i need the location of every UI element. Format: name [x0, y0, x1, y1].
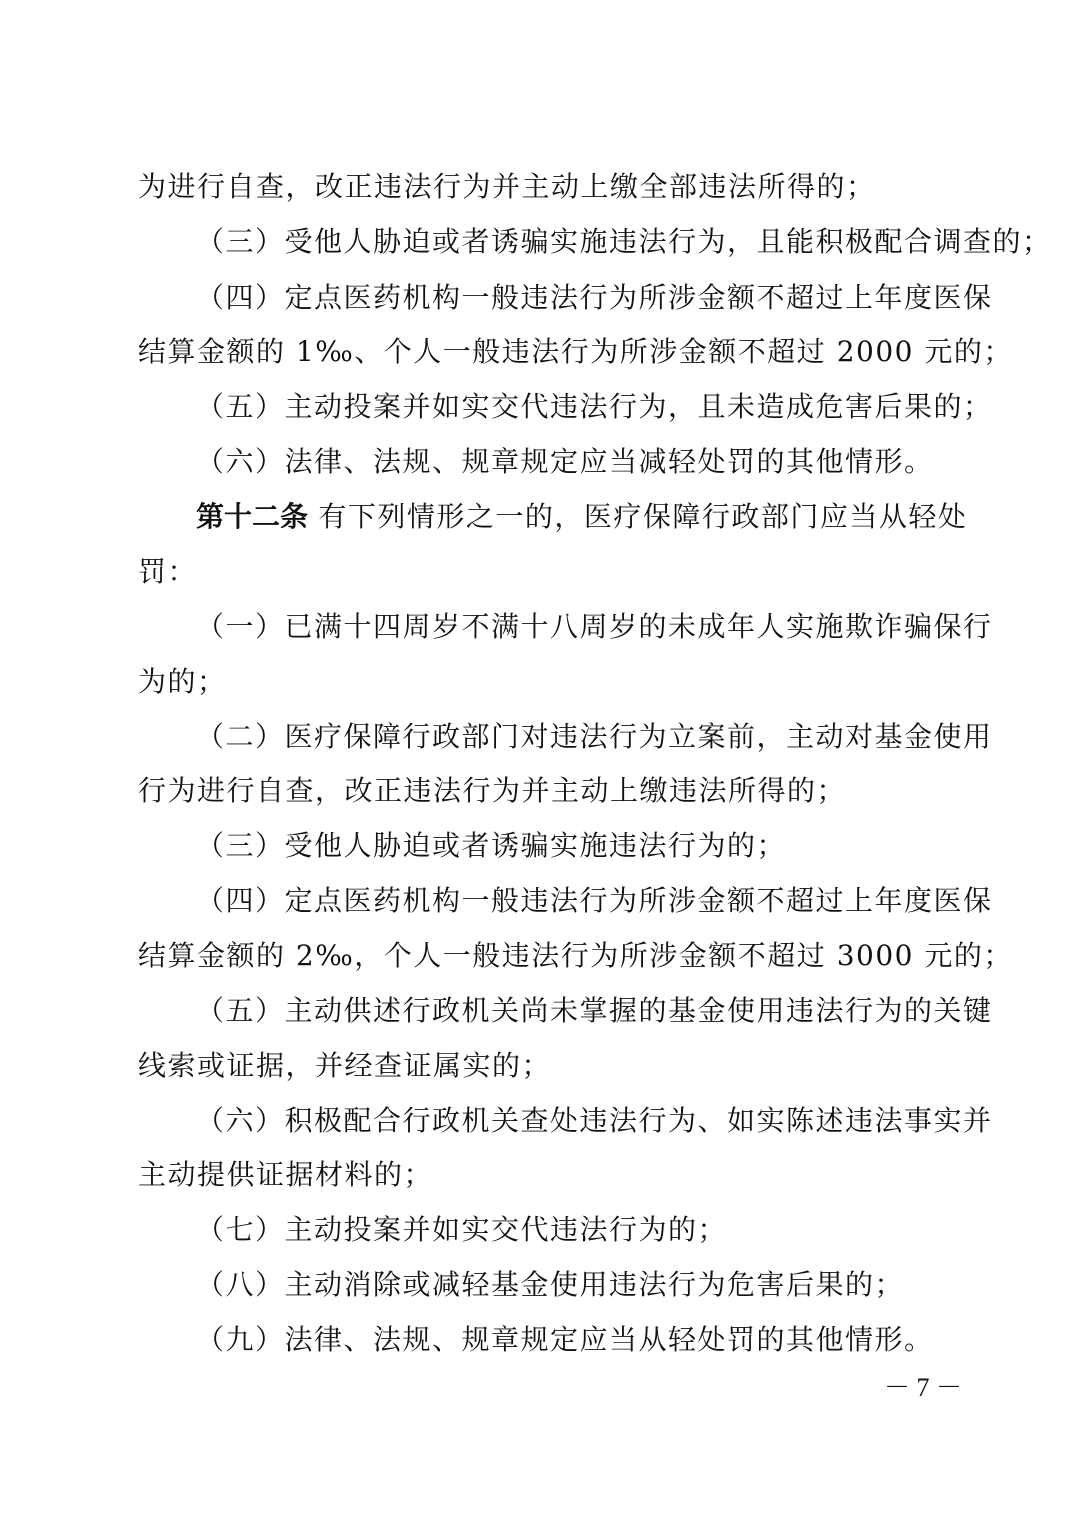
- text-line: 主动提供证据材料的；: [138, 1155, 950, 1195]
- document-page: 为进行自查，改正违法行为并主动上缴全部违法所得的； （三）受他人胁迫或者诱骗实施…: [0, 0, 1074, 1520]
- text-line: （三）受他人胁迫或者诱骗实施违法行为的；: [196, 826, 1008, 866]
- text-line: （六）积极配合行政机关查处违法行为、如实陈述违法事实并: [196, 1101, 1008, 1141]
- text-line: （五）主动投案并如实交代违法行为，且未造成危害后果的；: [196, 387, 1008, 427]
- text-line: （二）医疗保障行政部门对违法行为立案前，主动对基金使用: [196, 717, 1008, 757]
- text-line: 罚：: [138, 552, 950, 592]
- text-line: （七）主动投案并如实交代违法行为的；: [196, 1210, 1008, 1250]
- text-line: （八）主动消除或减轻基金使用违法行为危害后果的；: [196, 1265, 1008, 1305]
- text-line: 结算金额的 2‰，个人一般违法行为所涉金额不超过 3000 元的；: [138, 936, 950, 976]
- text-line: 为进行自查，改正违法行为并主动上缴全部违法所得的；: [138, 167, 950, 207]
- text-line: （三）受他人胁迫或者诱骗实施违法行为，且能积极配合调查的；: [196, 222, 1008, 262]
- page-number: － 7 －: [884, 1370, 962, 1406]
- text-line: （六）法律、法规、规章规定应当减轻处罚的其他情形。: [196, 442, 1008, 482]
- article-text: 有下列情形之一的，医疗保障行政部门应当从轻处: [318, 500, 967, 533]
- text-line: 线索或证据，并经查证属实的；: [138, 1046, 950, 1086]
- text-line: 为的；: [138, 662, 950, 702]
- text-line: 结算金额的 1‰、个人一般违法行为所涉金额不超过 2000 元的；: [138, 332, 950, 372]
- article-number: 第十二条: [196, 500, 308, 533]
- text-line: （九）法律、法规、规章规定应当从轻处罚的其他情形。: [196, 1320, 1008, 1360]
- text-line: （四）定点医药机构一般违法行为所涉金额不超过上年度医保: [196, 278, 1008, 318]
- text-line: 行为进行自查，改正违法行为并主动上缴违法所得的；: [138, 771, 950, 811]
- text-line: （一）已满十四周岁不满十八周岁的未成年人实施欺诈骗保行: [196, 607, 1008, 647]
- text-line: （四）定点医药机构一般违法行为所涉金额不超过上年度医保: [196, 881, 1008, 921]
- article-heading-line: 第十二条 有下列情形之一的，医疗保障行政部门应当从轻处: [196, 497, 1008, 537]
- text-line: （五）主动供述行政机关尚未掌握的基金使用违法行为的关键: [196, 991, 1008, 1031]
